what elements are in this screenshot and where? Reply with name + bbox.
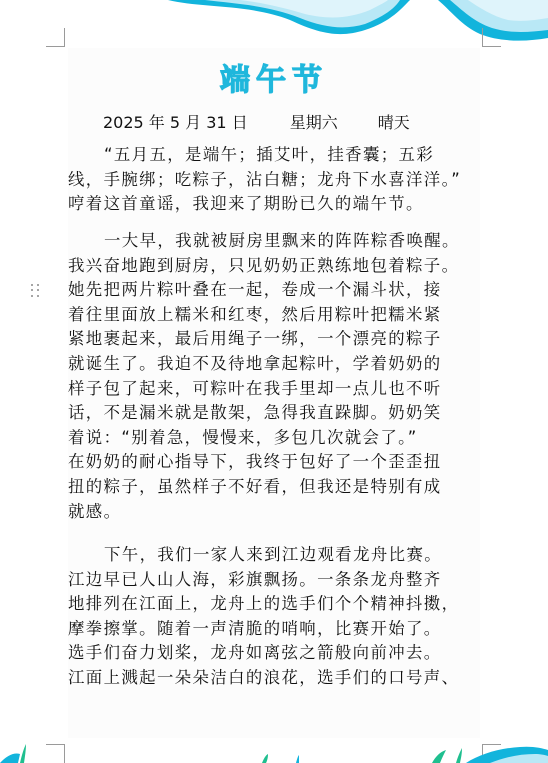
paragraph-line: 摩拳擦掌。随着一声清脆的哨响，比赛开始了。 [68, 617, 498, 642]
paragraph-line: 江边早已人山人海，彩旗飘扬。一条条龙舟整齐 [68, 568, 498, 593]
paragraph-line: 哼着这首童谣，我迎来了期盼已久的端午节。 [68, 192, 498, 217]
paragraph-2: 一大早，我就被厨房里飘来的阵阵粽香唤醒。 我兴奋地跑到厨房，只见奶奶正熟练地包着… [68, 229, 498, 524]
paragraph-line: 在奶奶的耐心指导下，我终于包好了一个歪歪扭 [68, 450, 498, 475]
leaf-wave-decoration-bottom-icon [0, 740, 548, 763]
crop-mark-top-right [482, 28, 501, 47]
paragraph-line: 样子包了起来，可粽叶在我手里却一点儿也不听 [68, 377, 498, 402]
dateline: 2025 年 5 月 31 日星期六晴天 [103, 110, 410, 133]
document-page: 端午节 2025 年 5 月 31 日星期六晴天 “五月五，是端午；插艾叶，挂香… [0, 0, 548, 763]
paragraph-line: 就诞生了。我迫不及待地拿起粽叶，学着奶奶的 [68, 352, 498, 377]
wave-decoration-top-icon [0, 0, 548, 45]
paragraph-line: 我兴奋地跑到厨房，只见奶奶正熟练地包着粽子。 [68, 254, 498, 279]
paragraph-line: 线，手腕绑；吃粽子，沾白糖；龙舟下水喜洋洋。” [68, 168, 498, 193]
paragraph-line: 着说：“别着急，慢慢来，多包几次就会了。” [68, 426, 498, 451]
paragraph-line: 话，不是漏米就是散架，急得我直跺脚。奶奶笑 [68, 401, 498, 426]
paragraph-line: 一大早，我就被厨房里飘来的阵阵粽香唤醒。 [68, 229, 498, 254]
drag-handle-icon[interactable] [31, 284, 40, 298]
paragraph-1: “五月五，是端午；插艾叶，挂香囊；五彩 线，手腕绑；吃粽子，沾白糖；龙舟下水喜洋… [68, 143, 498, 217]
paragraph-line: 就感。 [68, 500, 498, 525]
paragraph-line: 地排列在江面上，龙舟上的选手们个个精神抖擞， [68, 592, 498, 617]
document-title: 端午节 [0, 55, 548, 99]
paragraph-3: 下午，我们一家人来到江边观看龙舟比赛。 江边早已人山人海，彩旗飘扬。一条条龙舟整… [68, 543, 498, 691]
paragraph-line: 下午，我们一家人来到江边观看龙舟比赛。 [68, 543, 498, 568]
weather-text: 晴天 [378, 113, 410, 132]
paragraph-line: 着往里面放上糯米和红枣，然后用粽叶把糯米紧 [68, 303, 498, 328]
paragraph-line: 她先把两片粽叶叠在一起，卷成一个漏斗状，接 [68, 278, 498, 303]
paragraph-line: 紧地裹起来，最后用绳子一绑，一个漂亮的粽子 [68, 327, 498, 352]
paragraph-line: “五月五，是端午；插艾叶，挂香囊；五彩 [68, 143, 498, 168]
paragraph-line: 选手们奋力划桨，龙舟如离弦之箭般向前冲去。 [68, 641, 498, 666]
weekday-text: 星期六 [290, 113, 338, 132]
paragraph-line: 扭的粽子，虽然样子不好看，但我还是特别有成 [68, 475, 498, 500]
date-text: 2025 年 5 月 31 日 [103, 113, 248, 132]
paragraph-line: 江面上溅起一朵朵洁白的浪花，选手们的口号声、 [68, 666, 498, 691]
crop-mark-top-left [46, 28, 65, 47]
